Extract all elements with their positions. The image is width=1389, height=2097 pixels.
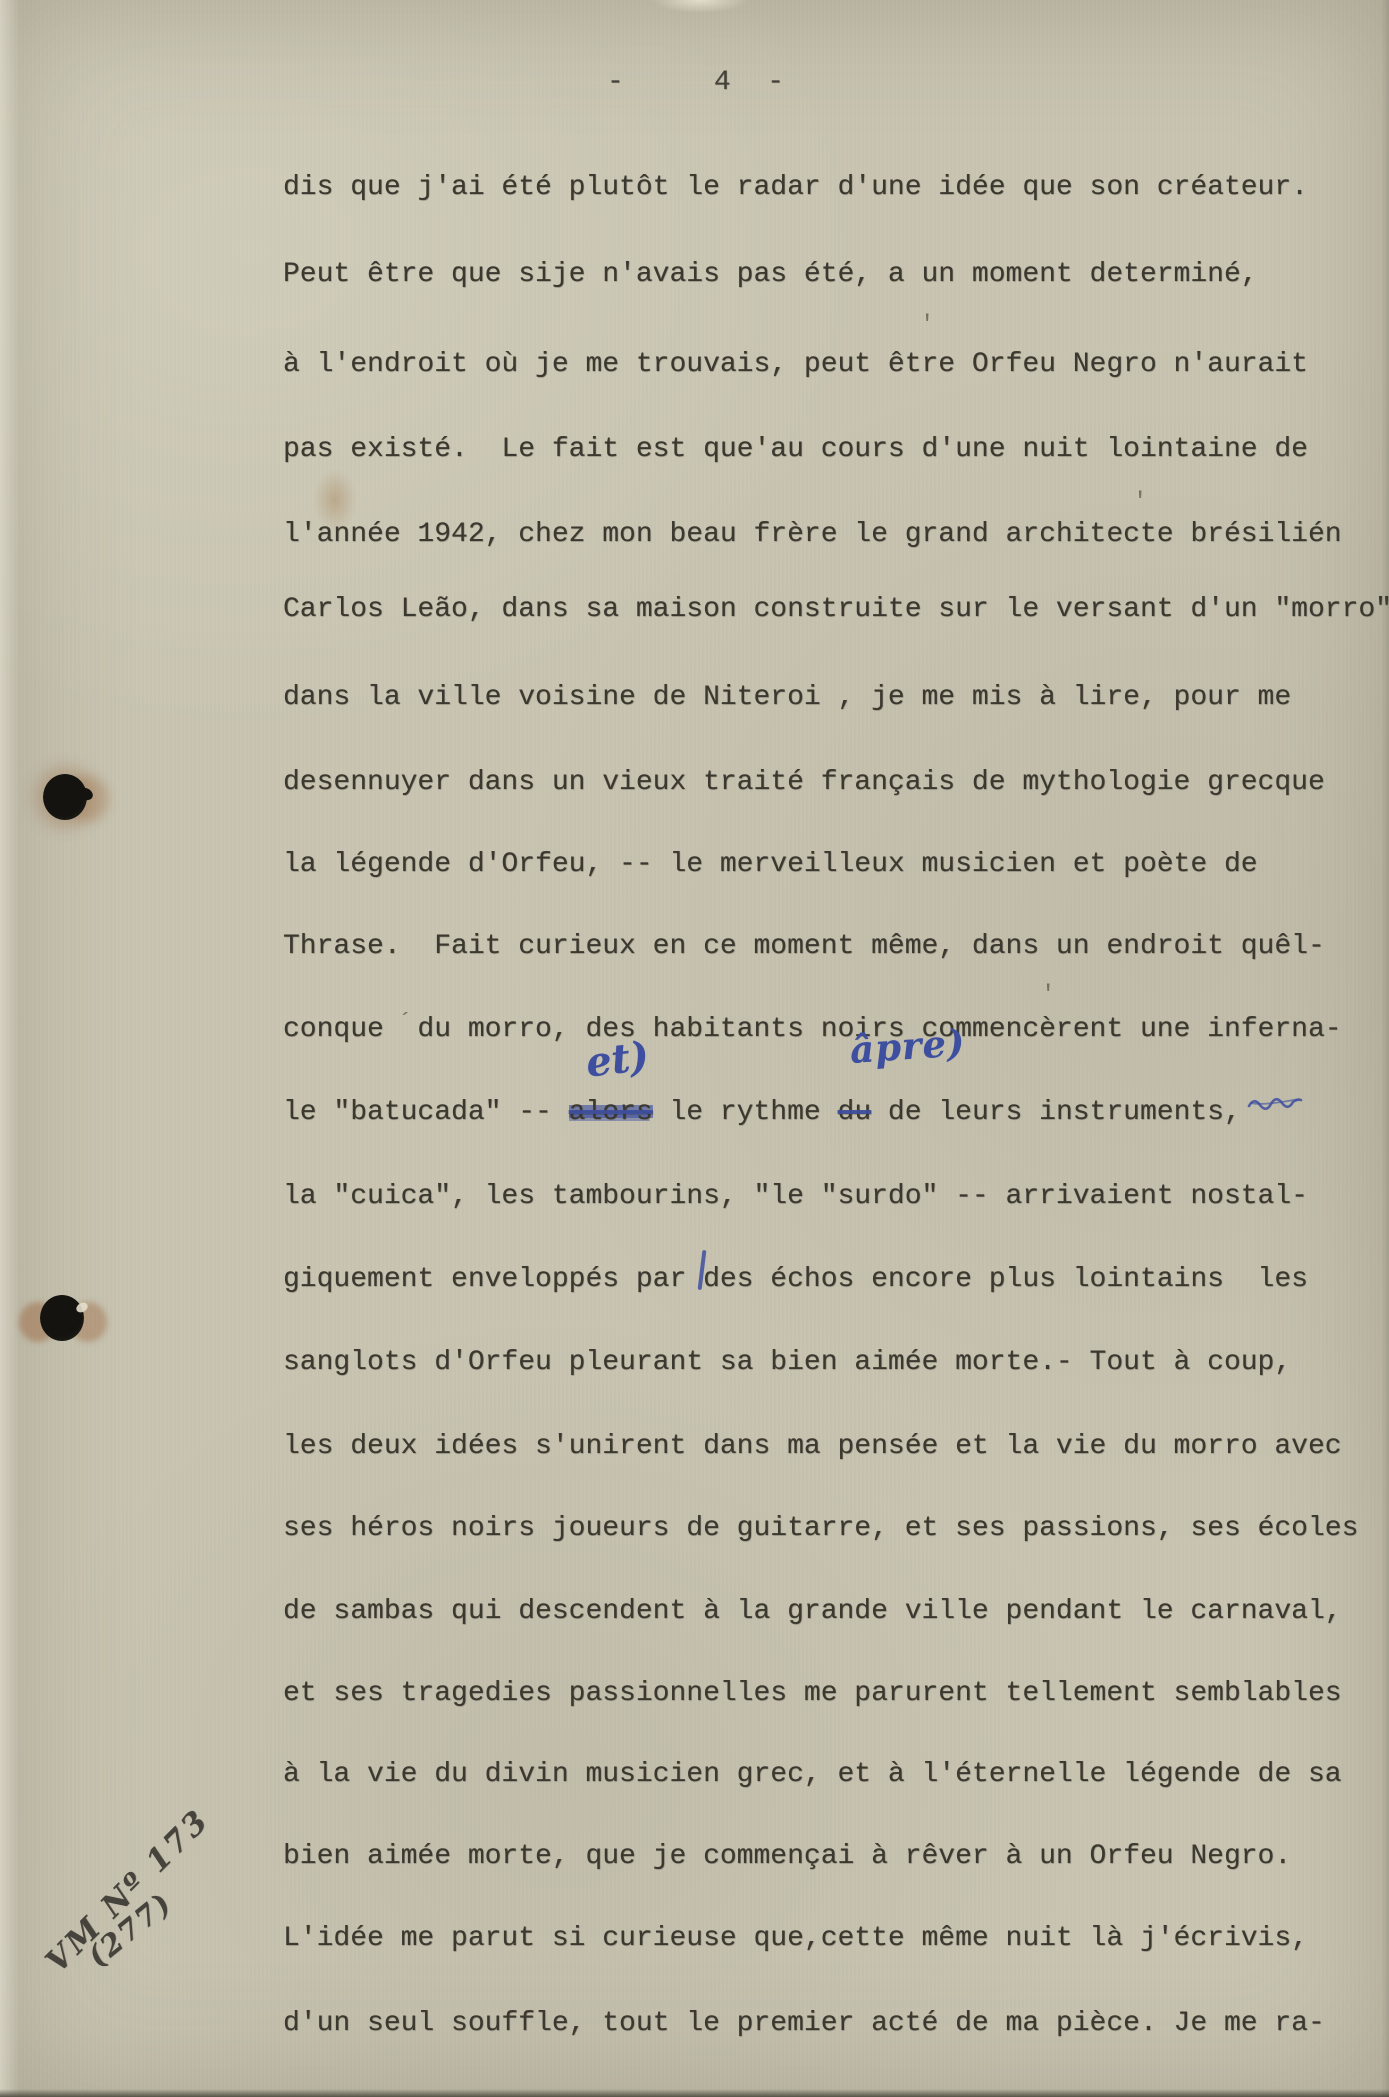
typed-line: à l'endroit où je me trouvais, peut être… (283, 348, 1308, 382)
typed-line: L'idée me parut si curieuse que,cette mê… (283, 1922, 1308, 1956)
document-page: - 4 - dis que j'ai été plutôt le radar d… (0, 0, 1389, 2097)
typed-line: le "batucada" -- alors le rythme du de l… (283, 1096, 1241, 1130)
punch-hole-top (43, 774, 87, 820)
punch-hole-bottom (40, 1295, 84, 1341)
stray-mark: ' (920, 312, 934, 339)
typed-line: d'un seul souffle, tout le premier acté … (283, 2007, 1325, 2041)
typed-line: l'année 1942, chez mon beau frère le gra… (283, 518, 1342, 552)
typed-line: giquement enveloppés par des échos encor… (283, 1263, 1308, 1297)
pencil-note: VM Nº 173 (277) (37, 1822, 221, 2000)
ink-scribble (1247, 1094, 1305, 1114)
typed-line: la légende d'Orfeu, -- le merveilleux mu… (283, 848, 1258, 882)
typed-line: dis que j'ai été plutôt le radar d'une i… (283, 171, 1308, 205)
typed-segment: de leurs instruments, (871, 1097, 1241, 1128)
typed-line: bien aimée morte, que je commençai à rêv… (283, 1840, 1291, 1874)
typed-line: Thrase. Fait curieux en ce moment même, … (283, 930, 1325, 964)
page-left-edge (0, 0, 20, 2097)
typed-line: ses héros noirs joueurs de guitarre, et … (283, 1512, 1358, 1546)
handwritten-ink-insert-apre: âpre) (849, 1020, 967, 1072)
page-number: - 4 - (607, 66, 785, 100)
rust-stain (313, 468, 357, 532)
typed-line: Carlos Leão, dans sa maison construite s… (283, 593, 1389, 627)
typed-line: desennuyer dans un vieux traité français… (283, 766, 1325, 800)
typed-line: dans la ville voisine de Niteroi , je me… (283, 681, 1291, 715)
struck-word: du (838, 1097, 872, 1128)
typed-segment: le rythme (653, 1097, 838, 1128)
stray-mark: ' (1133, 489, 1147, 516)
typed-line: à la vie du divin musicien grec, et à l'… (283, 1758, 1342, 1792)
stray-mark: ' (1041, 982, 1055, 1009)
typed-segment: le "batucada" -- (283, 1097, 569, 1128)
scan-top-highlight (645, 0, 755, 22)
typed-line: Peut être que sije n'avais pas été, a un… (283, 258, 1258, 292)
typed-line: la "cuica", les tambourins, "le "surdo" … (283, 1180, 1308, 1214)
handwritten-ink-insert-et: et) (583, 1032, 651, 1086)
struck-word: alors (569, 1097, 653, 1128)
typed-line: les deux idées s'unirent dans ma pensée … (283, 1430, 1342, 1464)
typed-line: sanglots d'Orfeu pleurant sa bien aimée … (283, 1346, 1291, 1380)
typed-line: de sambas qui descendent à la grande vil… (283, 1595, 1342, 1629)
stray-mark: ´ (398, 1010, 412, 1037)
page-right-edge (1381, 0, 1389, 2097)
typed-line: et ses tragedies passionnelles me parure… (283, 1677, 1342, 1711)
typed-line: pas existé. Le fait est que'au cours d'u… (283, 433, 1308, 467)
page-bottom-edge (0, 2089, 1389, 2097)
typed-line: conque du morro, des habitants noirs com… (283, 1013, 1342, 1047)
